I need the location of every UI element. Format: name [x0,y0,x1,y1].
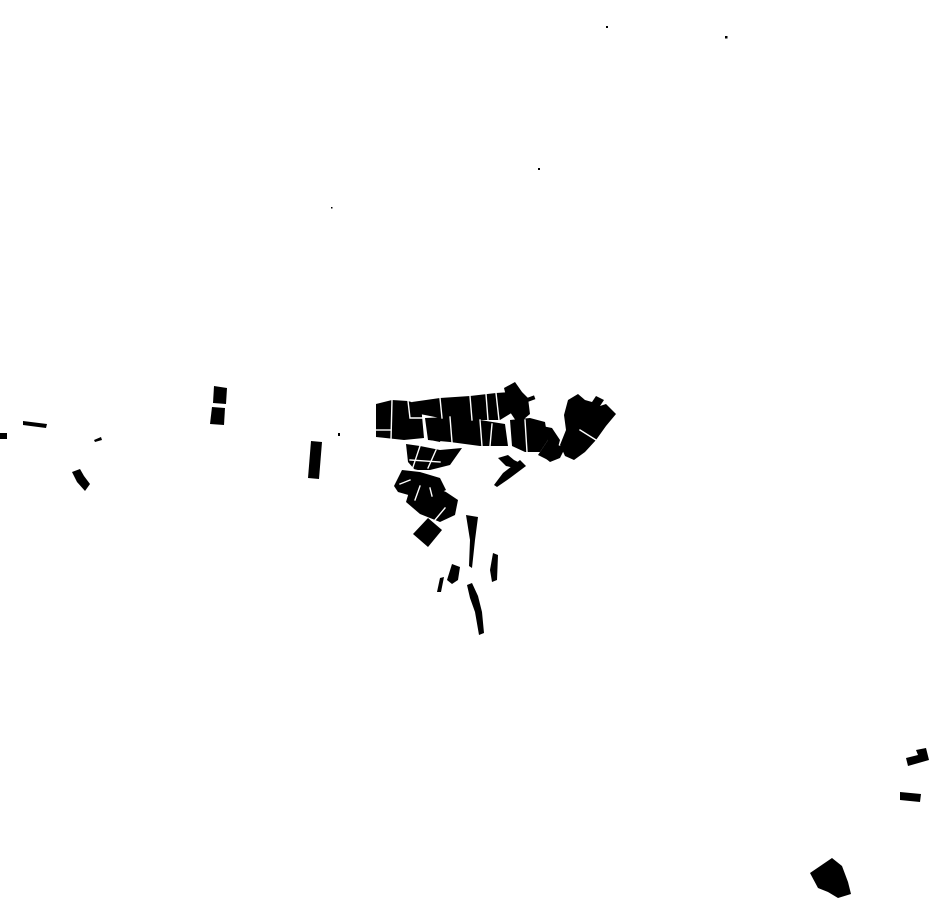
south-east-outliers [810,748,929,898]
southern-fragments [437,515,498,635]
figure-ground-map [0,0,930,924]
western-outliers [0,386,340,491]
northern-specks [331,26,728,209]
central-town-cluster [376,382,616,547]
map-canvas [0,0,930,924]
